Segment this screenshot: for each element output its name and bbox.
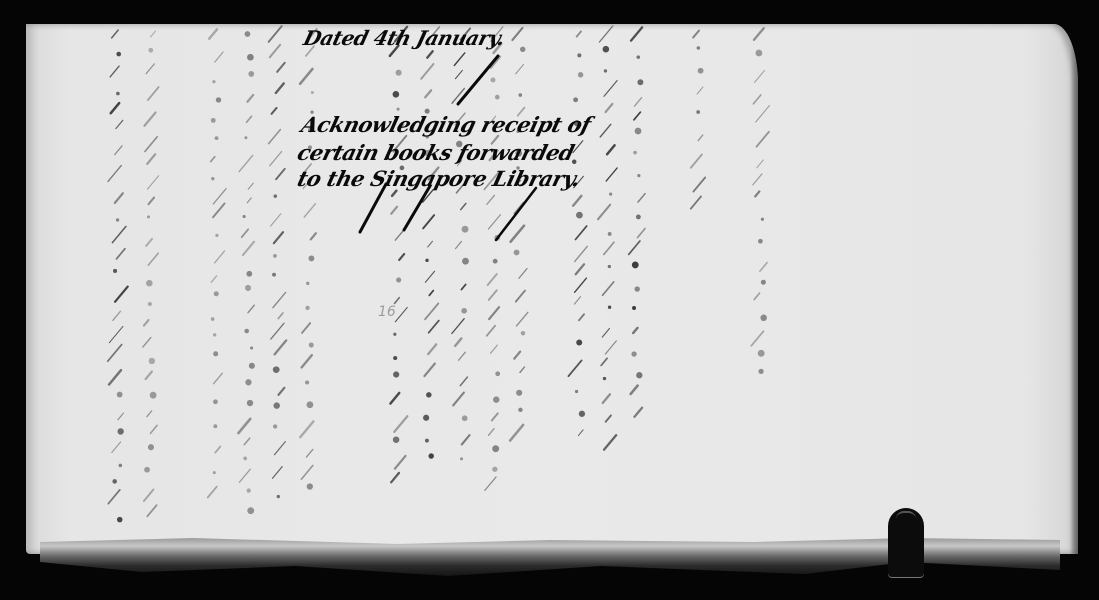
dated-line: Dated 4th January. xyxy=(302,28,507,48)
page-curl-edge xyxy=(1070,34,1078,554)
summary-line-2: certain books forwarded xyxy=(295,142,576,163)
pen-flourish xyxy=(446,52,506,112)
descender-strokes xyxy=(346,174,546,244)
binding-clip xyxy=(888,508,924,578)
summary-line-1: Acknowledging receipt of xyxy=(299,114,592,135)
pencil-folio-number: 16 xyxy=(378,304,396,320)
bleed-through-script xyxy=(26,24,1078,554)
document-page: Dated 4th January. Acknowledging receipt… xyxy=(26,24,1078,554)
